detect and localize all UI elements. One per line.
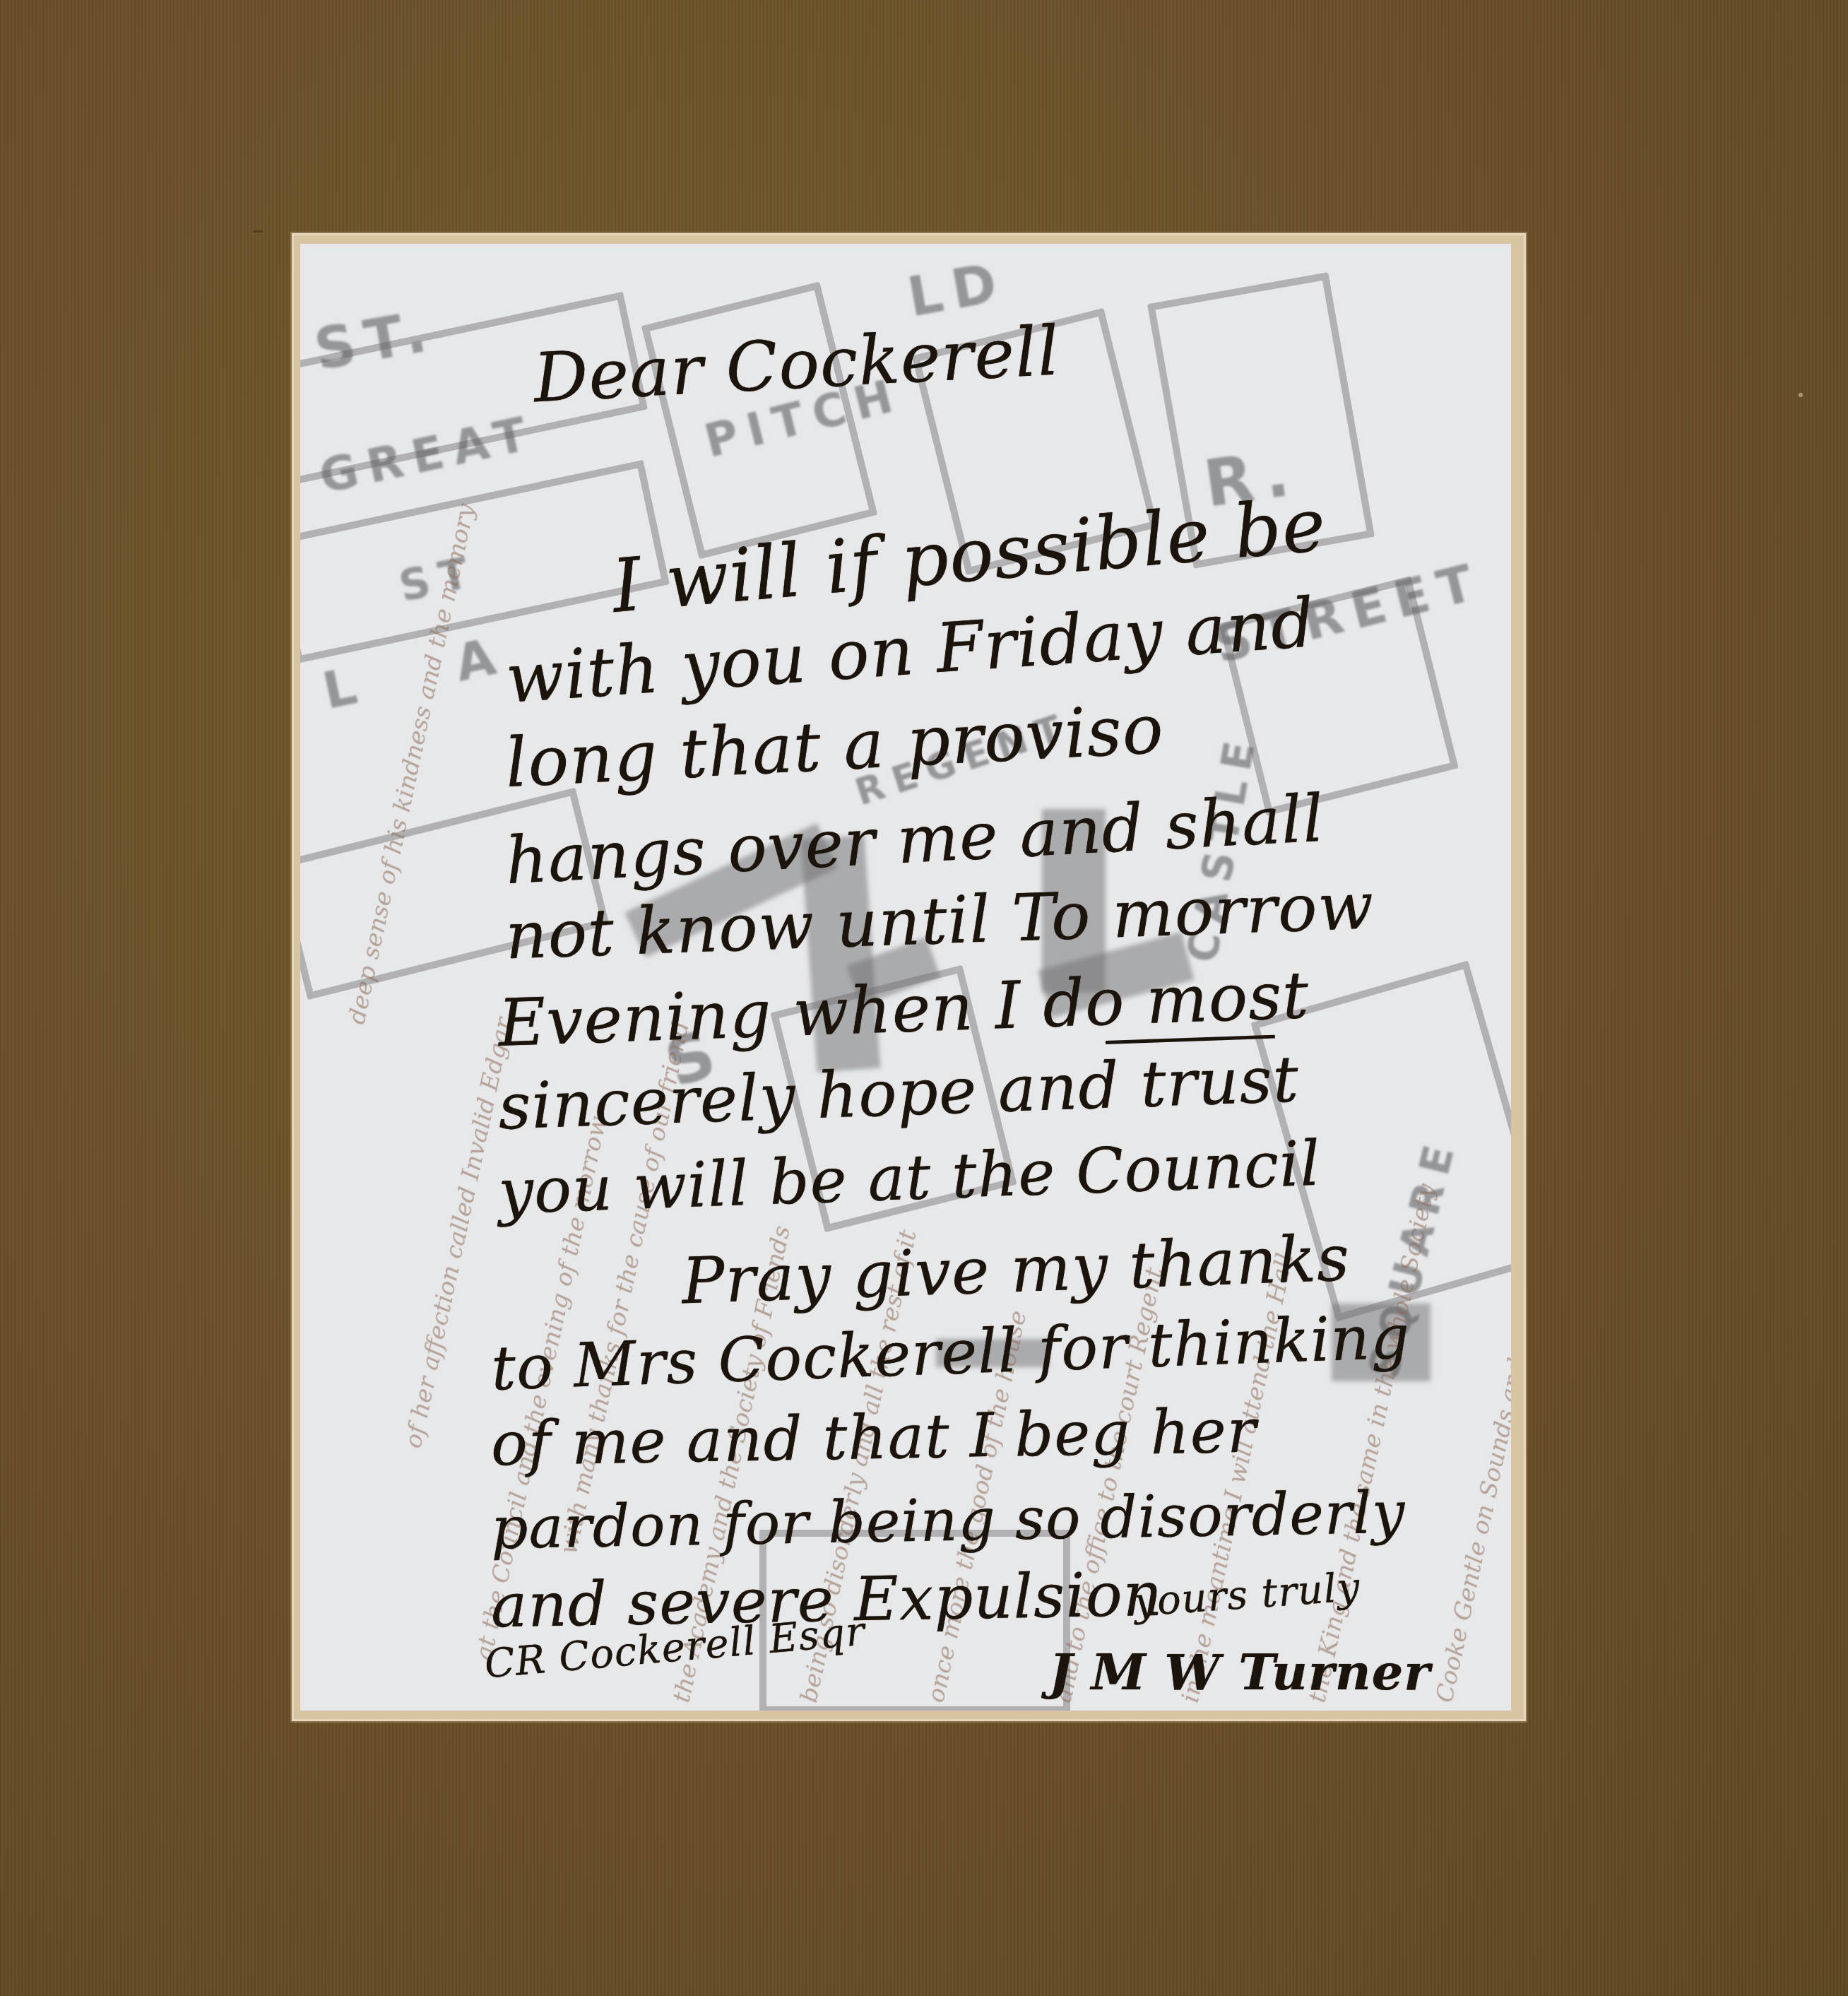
letter-paper: ST. GREAT ST L A R. STREET CASTLE PITCH … [300,244,1511,1711]
letter-line: of me and that I beg her [490,1396,1257,1480]
letter-line: sincerely hope and trust [497,1042,1301,1145]
letter-signature: J M W Turner [1049,1643,1431,1701]
letter-line: Pray give my thanks [680,1222,1351,1319]
mat-speck [253,230,263,232]
letter-line: to Mrs Cockerell for thinking [490,1301,1411,1404]
letter-closing: yours truly [1132,1564,1361,1626]
letter-line: pardon for being so disorderly [490,1480,1406,1563]
letter-line: you will be at the Council [497,1127,1322,1229]
handwritten-letter: Dear Cockerell I will if possible be wit… [300,244,1511,1711]
mat-speck [1799,393,1803,397]
letter-salutation: Dear Cockerell [532,312,1062,418]
